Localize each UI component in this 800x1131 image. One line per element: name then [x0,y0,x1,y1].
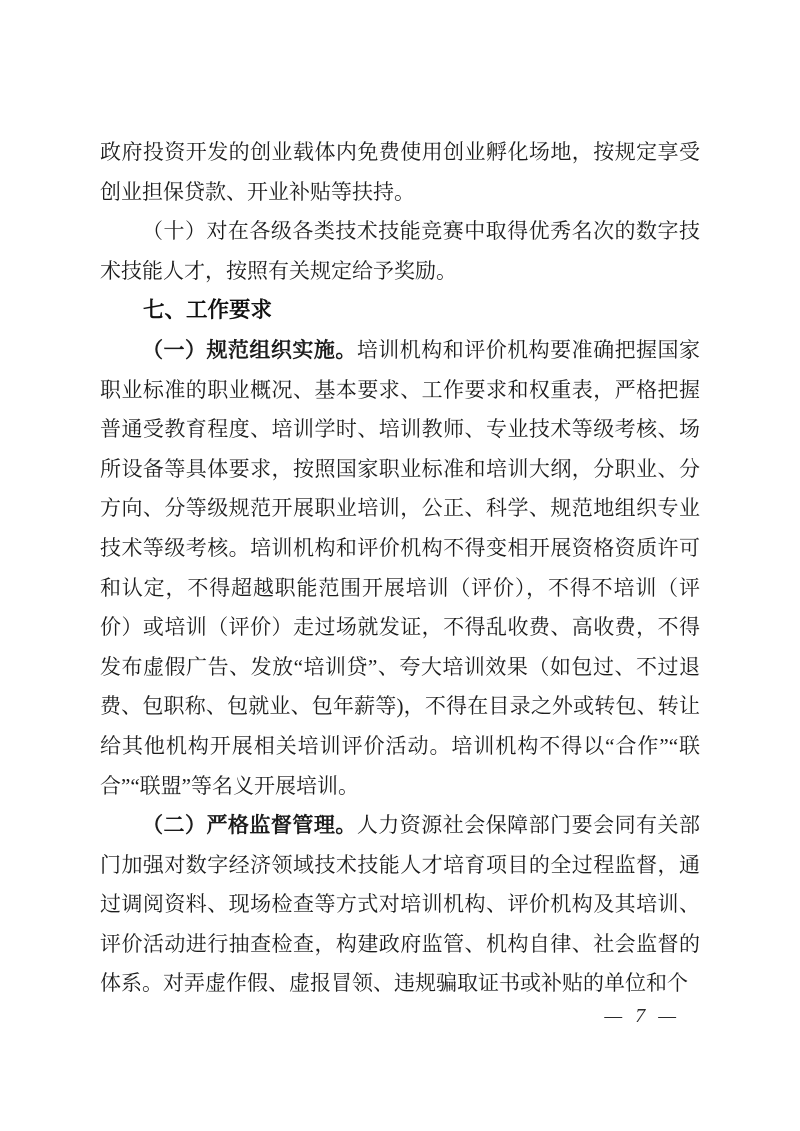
section-heading-work-requirements: 七、工作要求 [100,291,700,331]
paragraph-text: 人力资源社会保障部门要会同有关部门加强对数字经济领域技术技能人才培育项目的全过程… [100,813,700,995]
paragraph-item-1: （一）规范组织实施。培训机构和评价机构要准确把握国家职业标准的职业概况、基本要求… [100,331,700,806]
paragraph-continuation: 政府投资开发的创业载体内免费使用创业孵化场地，按规定享受创业担保贷款、开业补贴等… [100,133,700,212]
paragraph-text: 培训机构和评价机构要准确把握国家职业标准的职业概况、基本要求、工作要求和权重表，… [100,338,700,798]
paragraph-lead: （一）规范组织实施。 [142,338,357,362]
document-body: 政府投资开发的创业载体内免费使用创业孵化场地，按规定享受创业担保贷款、开业补贴等… [100,133,700,1004]
paragraph-text: （十）对在各级各类技术技能竞赛中取得优秀名次的数字技术技能人才，按照有关规定给予… [100,219,700,283]
page-number: — 7 — [604,1002,680,1030]
paragraph-item-10: （十）对在各级各类技术技能竞赛中取得优秀名次的数字技术技能人才，按照有关规定给予… [100,212,700,291]
paragraph-item-2: （二）严格监督管理。人力资源社会保障部门要会同有关部门加强对数字经济领域技术技能… [100,806,700,1004]
document-page: 政府投资开发的创业载体内免费使用创业孵化场地，按规定享受创业担保贷款、开业补贴等… [0,0,800,1131]
paragraph-text: 政府投资开发的创业载体内免费使用创业孵化场地，按规定享受创业担保贷款、开业补贴等… [100,140,700,204]
paragraph-lead: （二）严格监督管理。 [142,813,357,837]
